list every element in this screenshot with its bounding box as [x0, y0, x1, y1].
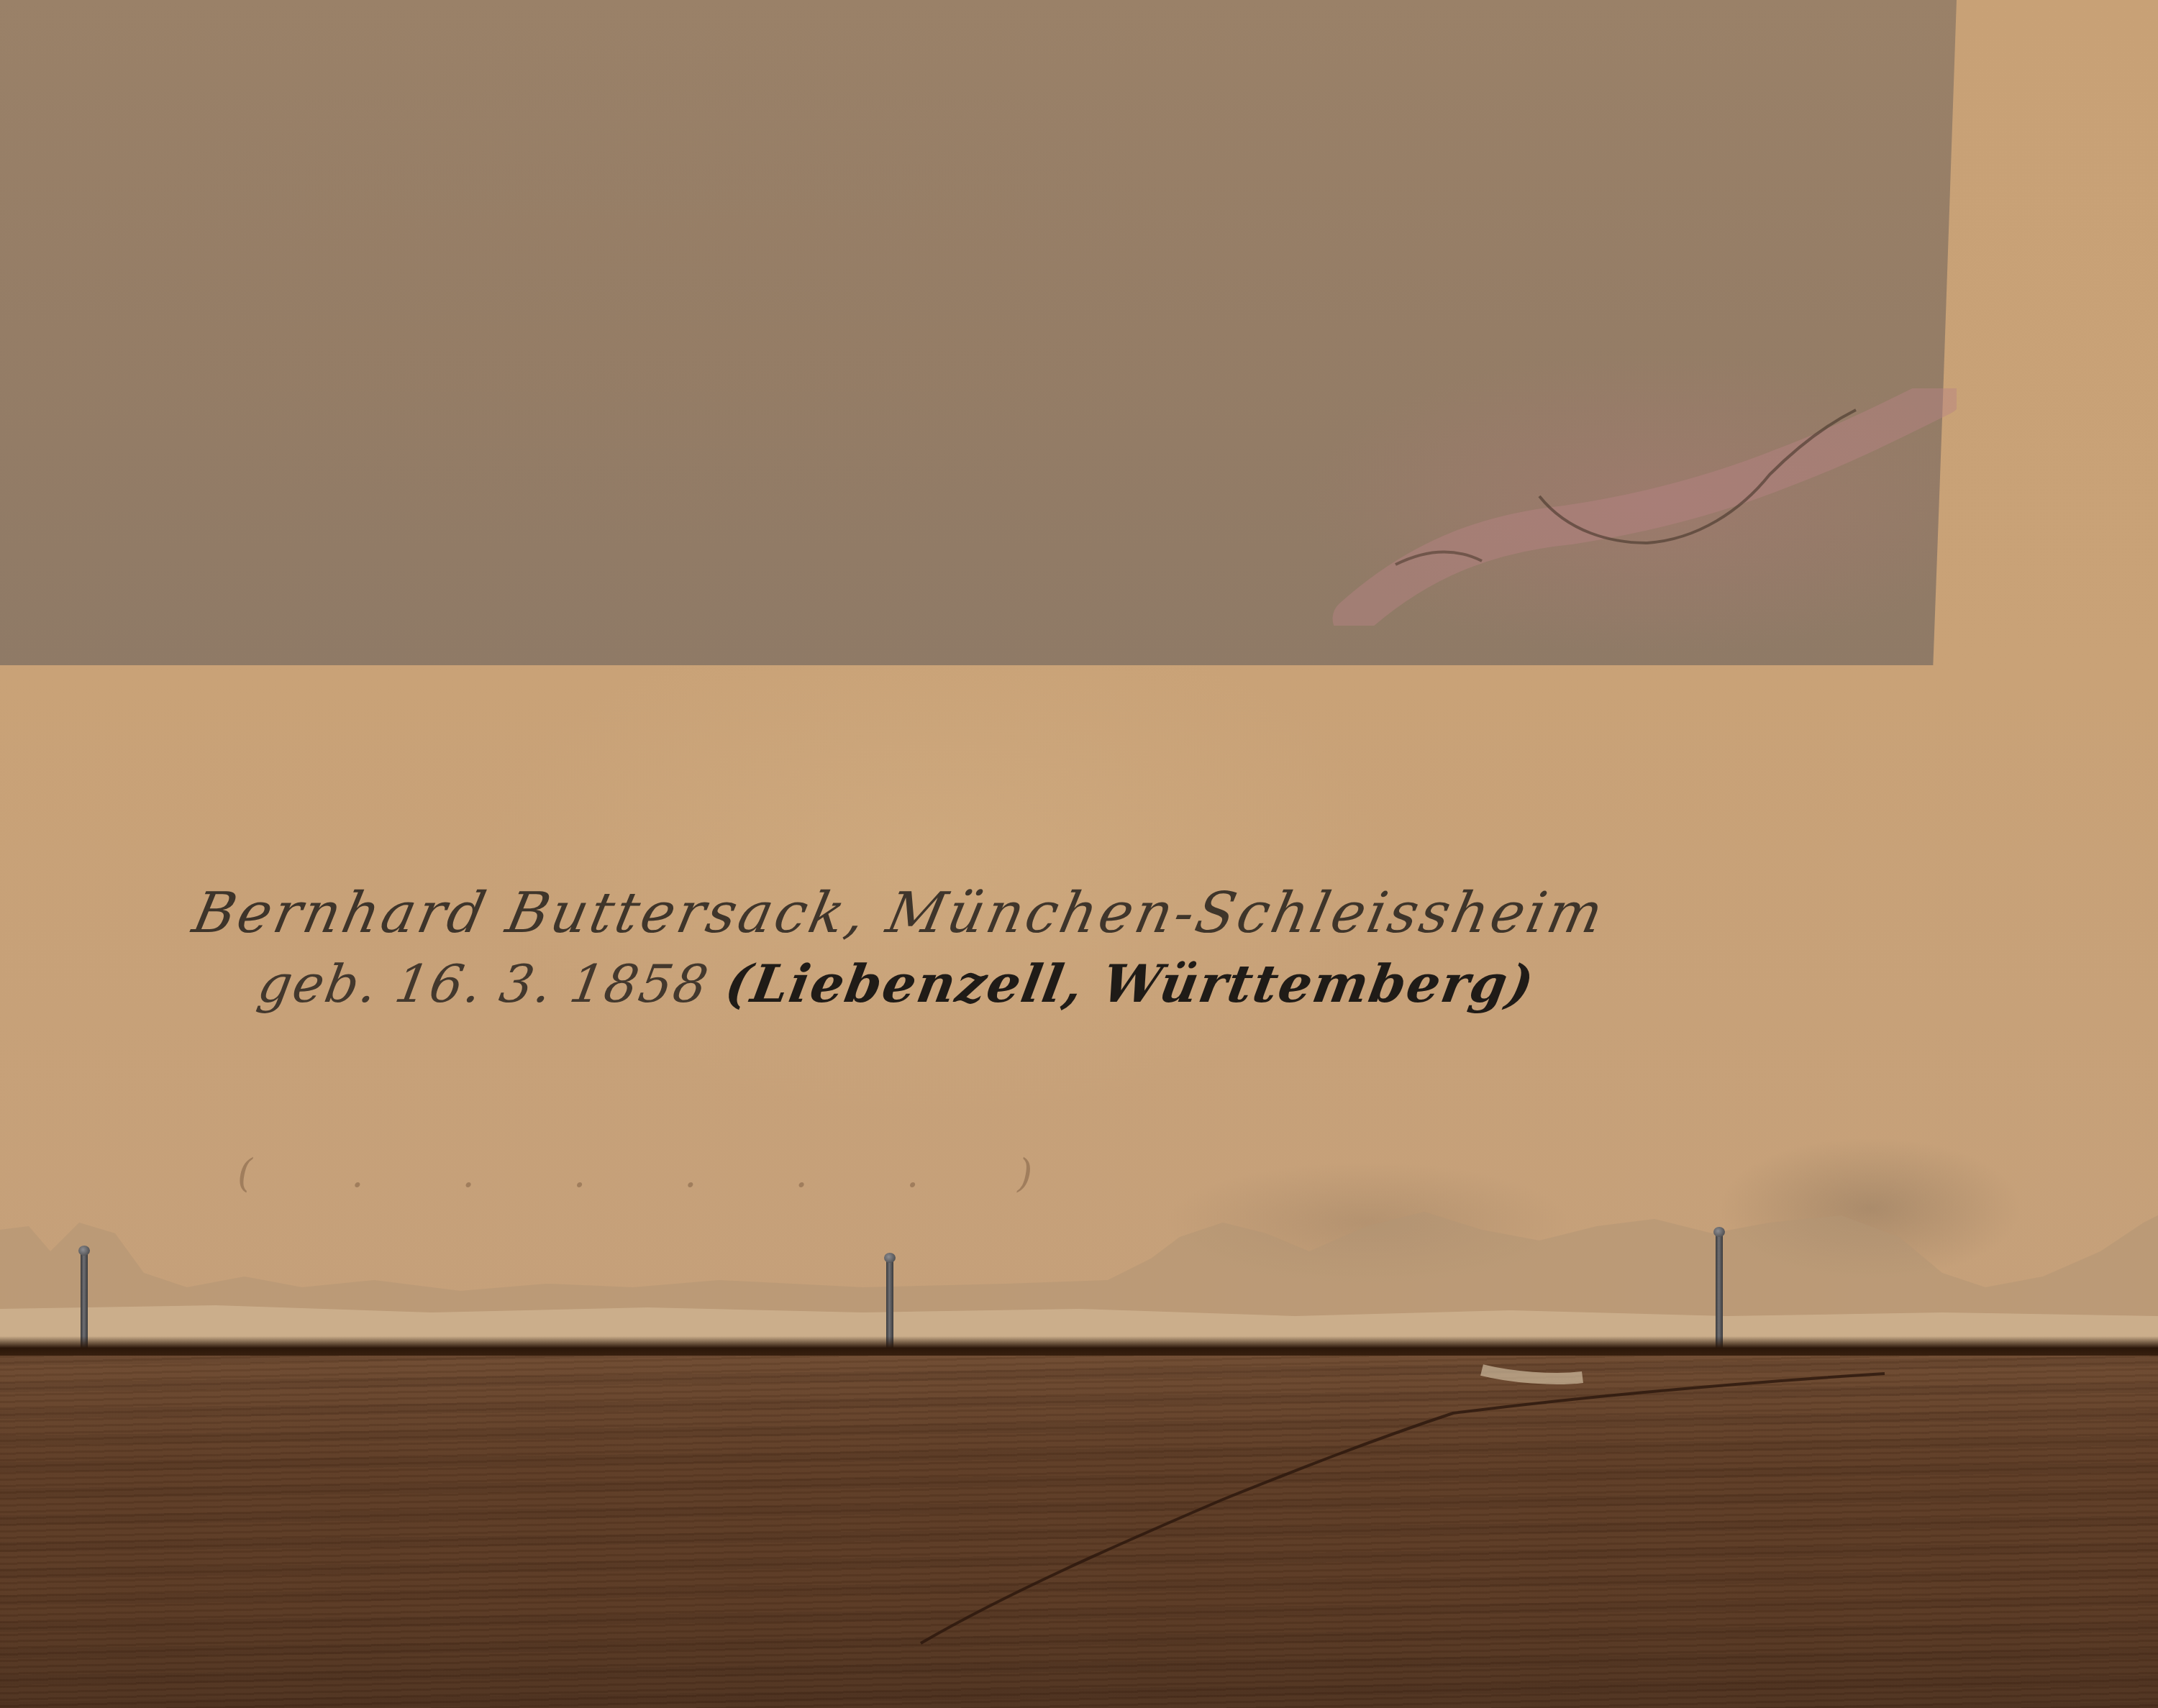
inscription-birth-date: geb. 16. 3. 1858 — [254, 954, 732, 1014]
faded-inscription: ( . . . . . . ) — [237, 1151, 1075, 1196]
artwork-back-photo: Bernhard Buttersack, München-Schleisshei… — [0, 0, 2158, 1708]
inscription-birth-place: (Liebenzell, Württemberg) — [721, 953, 1539, 1014]
artwork-paper — [0, 0, 1957, 665]
nail-right — [1716, 1231, 1723, 1351]
frame-gap-shadow — [0, 1336, 2158, 1358]
inscription-artist-line: Bernhard Buttersack, München-Schleisshei… — [187, 881, 2071, 946]
wooden-frame — [0, 1356, 2158, 1708]
torn-edge — [0, 1208, 2158, 1352]
handwritten-inscription: Bernhard Buttersack, München-Schleisshei… — [194, 881, 2064, 1007]
inscription-birth-line: geb. 16. 3. 1858 (Liebenzell, Württember… — [254, 953, 2135, 1014]
